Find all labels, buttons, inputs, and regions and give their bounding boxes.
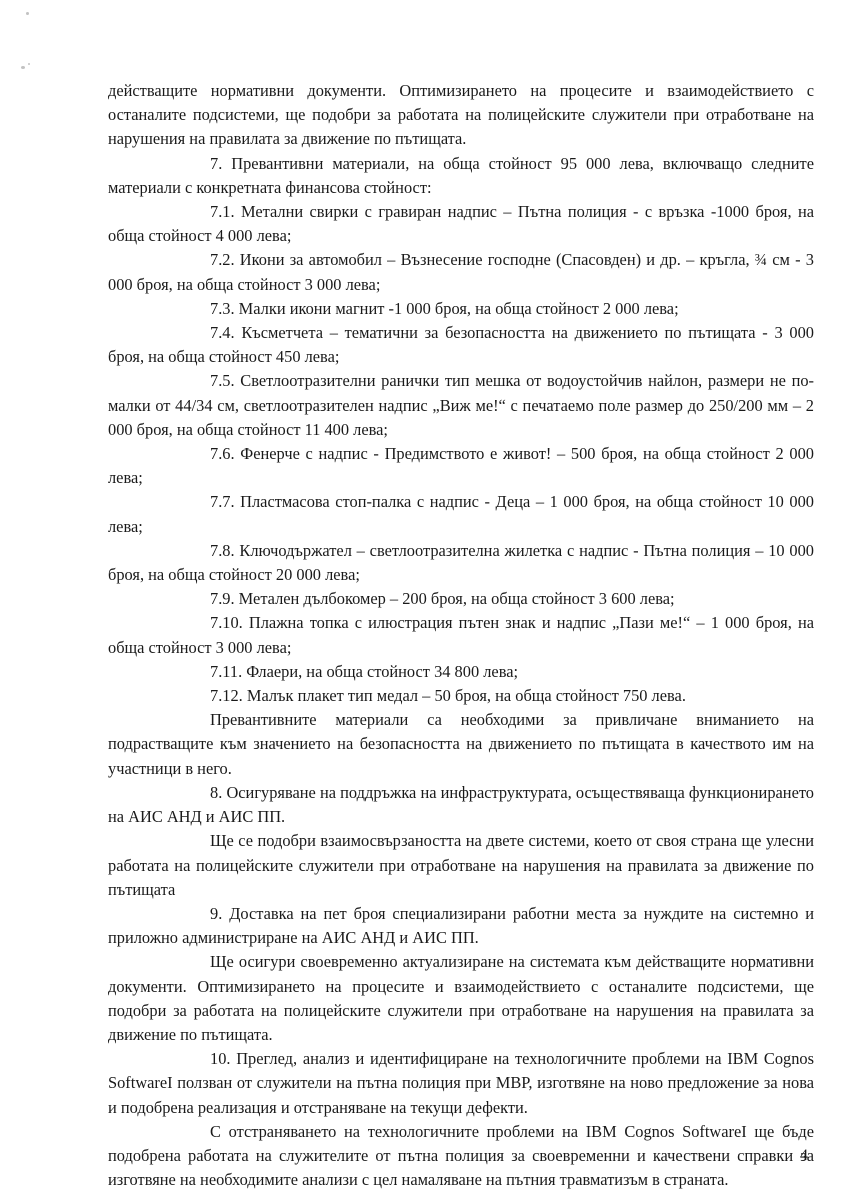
paragraph-continuation: действащите нормативни документи. Оптими… [108, 79, 814, 152]
item-7-8: 7.8. Ключодържател – светлоотразителна ж… [108, 539, 814, 587]
item-7-3: 7.3. Малки икони магнит -1 000 броя, на … [108, 297, 814, 321]
scan-speck [21, 66, 25, 69]
item-7-7: 7.7. Пластмасова стоп-палка с надпис - Д… [108, 490, 814, 538]
item-8-heading: 8. Осигуряване на поддръжка на инфрастру… [108, 781, 814, 829]
item-7-12: 7.12. Малък плакет тип медал – 50 броя, … [108, 684, 814, 708]
item-9-rationale: Ще осигури своевременно актуализиране на… [108, 950, 814, 1047]
document-body: действащите нормативни документи. Оптими… [108, 79, 814, 1192]
item-7-9: 7.9. Метален дълбокомер – 200 броя, на о… [108, 587, 814, 611]
item-7-rationale: Превантивните материали са необходими за… [108, 708, 814, 781]
item-7-1: 7.1. Метални свирки с гравиран надпис – … [108, 200, 814, 248]
page-number: 4 [800, 1146, 808, 1166]
item-7-5: 7.5. Светлоотразителни ранички тип мешка… [108, 369, 814, 442]
item-7-6: 7.6. Фенерче с надпис - Предимството е ж… [108, 442, 814, 490]
item-7-10: 7.10. Плажна топка с илюстрация пътен зн… [108, 611, 814, 659]
scan-speck [28, 63, 30, 65]
item-10-rationale: С отстраняването на технологичните пробл… [108, 1120, 814, 1193]
scan-speck [26, 12, 29, 15]
item-7-2: 7.2. Икони за автомобил – Възнесение гос… [108, 248, 814, 296]
item-8-rationale: Ще се подобри взаимосвързаността на двет… [108, 829, 814, 902]
item-7-11: 7.11. Флаери, на обща стойност 34 800 ле… [108, 660, 814, 684]
item-7-heading: 7. Превантивни материали, на обща стойно… [108, 152, 814, 200]
item-7-4: 7.4. Късметчета – тематични за безопасно… [108, 321, 814, 369]
item-10-heading: 10. Преглед, анализ и идентифициране на … [108, 1047, 814, 1120]
document-page: действащите нормативни документи. Оптими… [0, 0, 848, 1200]
item-9-heading: 9. Доставка на пет броя специализирани р… [108, 902, 814, 950]
